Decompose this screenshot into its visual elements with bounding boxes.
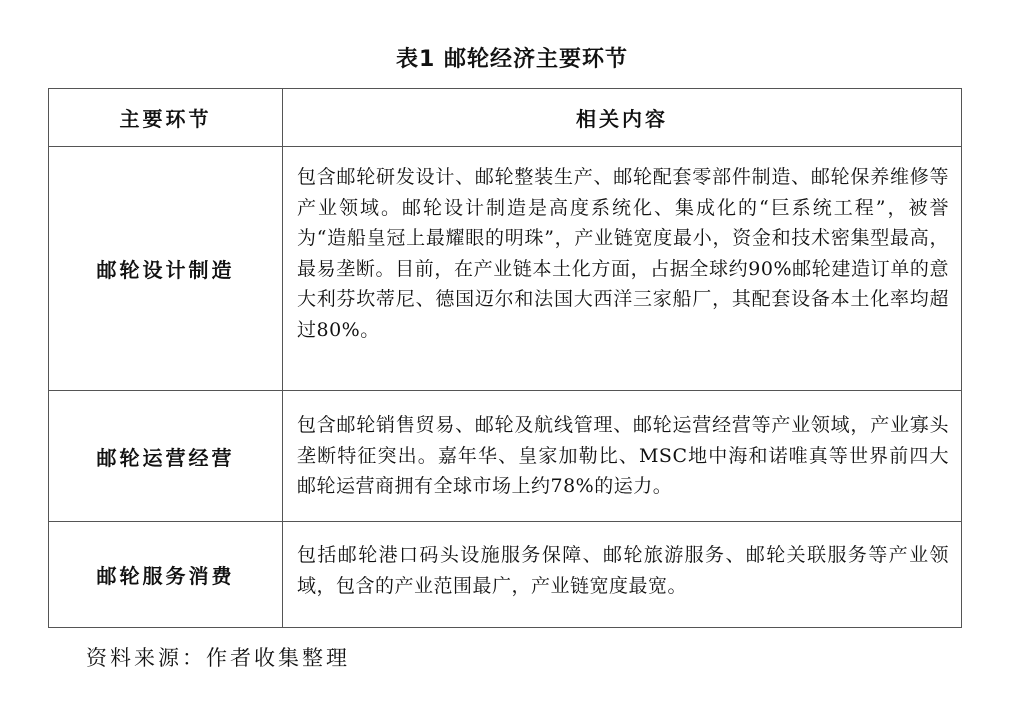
segment-label: 邮轮设计制造	[49, 147, 283, 391]
table-header-row: 主要环节 相关内容	[49, 89, 962, 147]
column-header-content: 相关内容	[283, 89, 962, 147]
segment-content: 包含邮轮销售贸易、邮轮及航线管理、邮轮运营经营等产业领域，产业寡头垄断特征突出。…	[283, 391, 962, 522]
segment-label: 邮轮服务消费	[49, 522, 283, 628]
table-row: 邮轮设计制造 包含邮轮研发设计、邮轮整装生产、邮轮配套零部件制造、邮轮保养维修等…	[49, 147, 962, 391]
table-row: 邮轮服务消费 包括邮轮港口码头设施服务保障、邮轮旅游服务、邮轮关联服务等产业领域…	[49, 522, 962, 628]
segment-content: 包含邮轮研发设计、邮轮整装生产、邮轮配套零部件制造、邮轮保养维修等产业领域。邮轮…	[283, 147, 962, 391]
table-row: 邮轮运营经营 包含邮轮销售贸易、邮轮及航线管理、邮轮运营经营等产业领域，产业寡头…	[49, 391, 962, 522]
source-note: 资料来源：作者收集整理	[86, 642, 350, 672]
economy-segments-table: 主要环节 相关内容 邮轮设计制造 包含邮轮研发设计、邮轮整装生产、邮轮配套零部件…	[48, 88, 962, 628]
table-title: 表1 邮轮经济主要环节	[0, 42, 1024, 73]
segment-label: 邮轮运营经营	[49, 391, 283, 522]
column-header-segment: 主要环节	[49, 89, 283, 147]
segment-content: 包括邮轮港口码头设施服务保障、邮轮旅游服务、邮轮关联服务等产业领域，包含的产业范…	[283, 522, 962, 628]
